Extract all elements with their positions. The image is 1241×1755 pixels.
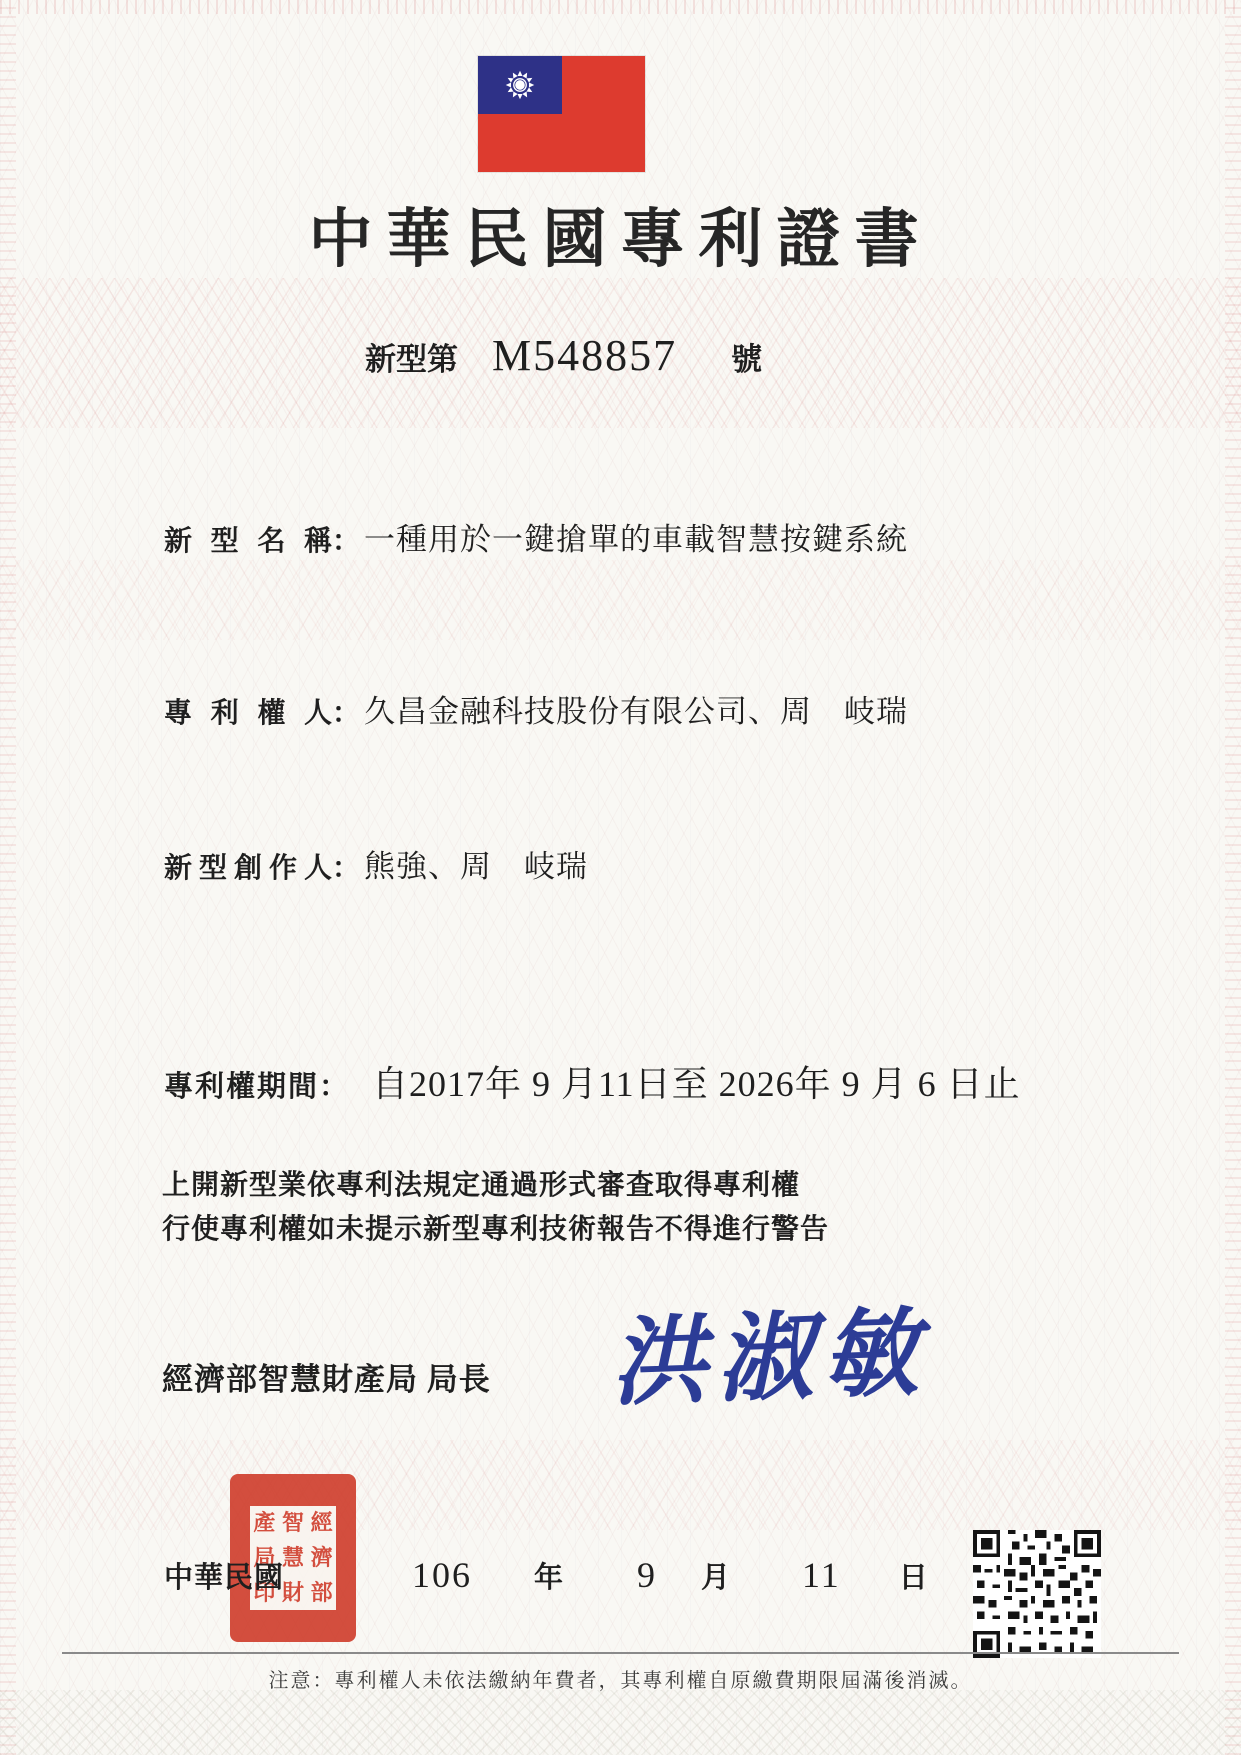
field-label: 新型名稱: [164, 519, 332, 559]
white-sun-icon: [497, 62, 543, 108]
date-day-unit: 日: [899, 1555, 928, 1596]
flag-canton: [478, 56, 562, 114]
field-value: 久昌金融科技股份有限公司、周 岐瑞: [364, 686, 908, 731]
date-year: 106: [412, 1554, 472, 1596]
seal-char: 智: [282, 1512, 304, 1534]
field-creators: 新型創作人 ： 熊強、周 岐瑞: [164, 841, 588, 886]
statutory-notice: 上開新型業依專利法規定通過形式審查取得專利權 行使專利權如未提示新型專利技術報告…: [162, 1164, 829, 1252]
patent-number-prefix: 新型第: [365, 334, 458, 379]
guilloche-band: [0, 1690, 1241, 1755]
field-label: 新型創作人: [164, 846, 332, 886]
field-label: 專利權人: [164, 691, 332, 731]
footer-divider: [62, 1652, 1179, 1654]
issue-date-row: 中華民國 106 年 9 月 11 日: [164, 1554, 928, 1596]
guilloche-band: [0, 1440, 1241, 1530]
field-patentee: 專利權人 ： 久昌金融科技股份有限公司、周 岐瑞: [164, 686, 908, 731]
director-general-signature: 洪淑敏: [608, 1276, 931, 1424]
field-patent-term: 專利權期間： 自2017年 9 月11日至 2026年 9 月 6 日止: [164, 1056, 1021, 1107]
term-label: 專利權期間：: [164, 1064, 350, 1105]
date-month: 9: [637, 1554, 657, 1596]
field-model-name: 新型名稱 ： 一種用於一鍵搶單的車載智慧按鍵系統: [164, 514, 908, 559]
date-year-unit: 年: [534, 1555, 563, 1596]
seal-char: 產: [253, 1512, 275, 1534]
patent-number-suffix: 號: [731, 334, 762, 379]
term-value: 自2017年 9 月11日至 2026年 9 月 6 日止: [372, 1056, 1021, 1107]
qr-code: [973, 1530, 1101, 1658]
patent-number-line: 新型第 M548857 號: [365, 330, 762, 381]
field-separator: ：: [332, 846, 360, 886]
patent-number: M548857: [492, 330, 677, 381]
field-separator: ：: [332, 519, 360, 559]
date-era: 中華民國: [164, 1555, 284, 1596]
seal-char: 經: [311, 1512, 333, 1534]
footer-note: 注意：專利權人未依法繳納年費者，其專利權自原繳費期限屆滿後消滅。: [0, 1664, 1241, 1693]
border-ornament-top: [0, 0, 1241, 14]
notice-line-2: 行使專利權如未提示新型專利技術報告不得進行警告: [162, 1208, 829, 1252]
notice-line-1: 上開新型業依專利法規定通過形式審查取得專利權: [162, 1164, 829, 1208]
field-value: 熊強、周 岐瑞: [364, 841, 588, 886]
issuer-title: 經濟部智慧財產局 局長: [162, 1354, 491, 1399]
taiwan-flag: [478, 56, 645, 172]
field-value: 一種用於一鍵搶單的車載智慧按鍵系統: [364, 514, 908, 559]
date-day: 11: [802, 1554, 841, 1596]
field-separator: ：: [332, 691, 360, 731]
date-month-unit: 月: [701, 1555, 730, 1596]
certificate-title: 中華民國專利證書: [0, 188, 1241, 280]
patent-certificate-page: 中華民國專利證書 新型第 M548857 號 新型名稱 ： 一種用於一鍵搶單的車…: [0, 0, 1241, 1755]
guilloche-band: [0, 560, 1241, 640]
